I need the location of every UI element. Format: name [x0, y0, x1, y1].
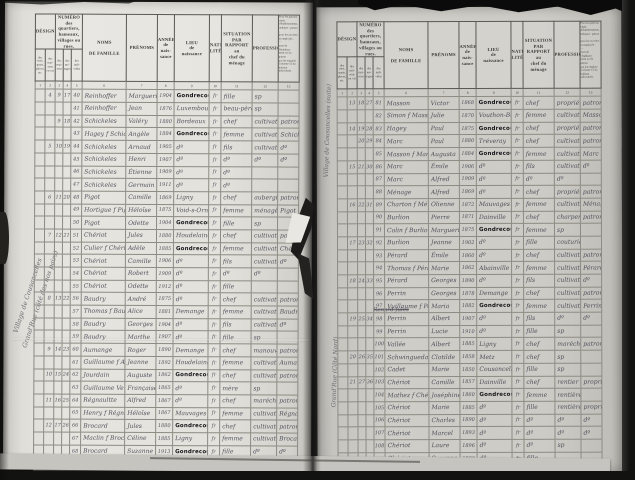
cell-designation-rue [338, 364, 348, 377]
cell-nom: Hagey f Schickeles [82, 128, 126, 141]
cell-nationalite: fr [512, 351, 524, 364]
table-row: 10 15 24 62 Jourdain Auguste 1862 Gondre… [34, 368, 298, 382]
cell-profession: maréchal [251, 395, 277, 408]
cell-lieu: Cousancelles [477, 363, 512, 376]
cell-designation-rue [338, 275, 348, 288]
table-row: 110 Chériot Georgette 1908 dº fr dº [338, 464, 602, 477]
cell-num-menage [366, 249, 374, 262]
table-row: 97 Vuillaume f Perrin Maria 1882 Gondrec… [338, 300, 602, 313]
column-number: 8 [459, 89, 476, 97]
cell-nationalite: fr [512, 325, 524, 338]
cell-prenom: Héloïse [126, 204, 157, 217]
cell-nationalite: fr [209, 90, 221, 103]
cell-position [580, 223, 601, 236]
cell-lieu: Dainville [476, 211, 511, 224]
cell-lieu: dº [173, 331, 208, 344]
cell-nom: Régnaultte [81, 394, 125, 407]
cell-designation-maison: 13 [347, 97, 357, 110]
cell-num-menage [365, 148, 373, 161]
cell-designation-rue [34, 330, 44, 343]
cell-situation: chef [524, 350, 555, 363]
cell-position [278, 179, 299, 192]
cell-position [581, 464, 602, 477]
header-noms: NOMS DE FAMILLE [82, 14, 126, 82]
column-number: 11 [523, 89, 554, 97]
cell-designation-rue [34, 394, 44, 407]
cell-lieu: dº [174, 166, 209, 179]
cell-annee: 1868 [459, 97, 476, 110]
cell-nationalite: fr [511, 224, 523, 237]
cell-situation: dº [524, 465, 555, 478]
cell-designation-maison: 17 [347, 237, 357, 250]
cell-profession: dº [251, 446, 277, 459]
cell-num-menage: 36 [366, 376, 374, 389]
cell-num-individu: 102 [374, 364, 385, 377]
cell-nationalite: fr [512, 236, 524, 249]
header-numero-maisons: des mai- sons [55, 49, 63, 81]
table-row: 6 11 20 48 Pigot Camille 1869 Ligny fr c… [35, 191, 299, 205]
cell-num-menage [365, 224, 373, 237]
cell-num-individu: 101 [374, 351, 385, 364]
cell-profession: cultivateur [251, 319, 277, 332]
header-numero-maisons: des mai- sons [357, 57, 365, 89]
cell-nom: Chériot [81, 267, 125, 280]
cell-lieu: dº [173, 394, 208, 407]
cell-num-menage [63, 102, 71, 115]
cell-profession: cultivatrice [251, 243, 277, 256]
cell-num-menage [62, 432, 70, 445]
cell-lieu: Luxembourg [174, 103, 209, 116]
cell-lieu: Ligny [477, 338, 512, 351]
column-number: 4 [63, 81, 71, 89]
cell-num-menage: 27 [365, 97, 373, 110]
cell-position: dº [277, 255, 298, 268]
cell-num-menage [63, 204, 71, 217]
table-row: 16 22 31 89 Charton f Ménage Olienne 187… [337, 198, 601, 211]
cell-designation-maison [45, 178, 55, 191]
cell-profession: dº [252, 154, 278, 167]
cell-annee: 1890 [156, 344, 173, 357]
cell-num-menage [63, 216, 71, 229]
cell-annee: 1909 [157, 166, 174, 179]
cell-lieu: dº [477, 274, 512, 287]
cell-profession [252, 179, 278, 192]
cell-designation-maison [347, 224, 357, 237]
cell-num-individu: 99 [374, 326, 385, 339]
cell-designation-maison: 16 [347, 199, 357, 212]
cell-profession: cultivateur [252, 116, 278, 129]
cell-position: dº [581, 414, 602, 427]
cell-num-menage [62, 407, 70, 420]
cell-nom: Chériot [82, 229, 126, 242]
cell-designation-rue [34, 280, 44, 293]
cell-annee: 1905 [157, 141, 174, 154]
cell-lieu: Houdelaincourt [174, 230, 209, 243]
cell-designation-rue [35, 127, 45, 140]
cell-num-menage [366, 300, 374, 313]
cell-prenom: Georges [429, 275, 460, 288]
cell-position: dº [581, 274, 602, 287]
cell-num-menage [61, 457, 69, 470]
cell-nom: Perrin [385, 313, 429, 326]
cell-lieu: Gondrecourt [174, 90, 209, 103]
table-row: 18 24 33 95 Pérard Georges 1890 dº fr fi… [338, 274, 602, 287]
cell-situation: chef [524, 376, 555, 389]
cell-situation: chef [523, 211, 554, 224]
cell-situation: dº [221, 154, 252, 167]
cell-nationalite: fr [208, 331, 220, 344]
cell-designation-rue [338, 300, 348, 313]
cell-profession: cultivateur [252, 230, 278, 243]
cell-designation-rue [34, 254, 44, 267]
column-number: 5 [373, 89, 384, 97]
cell-nom: Schickeles [82, 178, 126, 191]
cell-designation-maison [348, 389, 358, 402]
table-row: 41 Reinhoffer Jean 1876 Luxembourg fr be… [35, 102, 299, 116]
cell-nom: Chériot [385, 376, 429, 389]
table-row [33, 457, 297, 471]
cell-prenom: Suzanne [429, 452, 460, 465]
cell-prenom: Camille [429, 376, 460, 389]
cell-nom: Aumange [81, 343, 125, 356]
column-number: 11 [221, 82, 252, 90]
cell-lieu: Gondrecourt [174, 128, 209, 141]
cell-num-maison [358, 364, 366, 377]
cell-profession: cultivatrice [251, 357, 277, 370]
cell-profession: sp [252, 90, 278, 103]
cell-num-individu: 100 [374, 338, 385, 351]
column-number: 6 [82, 82, 126, 90]
cell-situation: femme [220, 407, 251, 420]
cell-nom: Masson f Marc [384, 148, 428, 161]
cell-prenom: Marguerite [126, 90, 157, 103]
cell-situation: chef [220, 344, 251, 357]
cell-situation: femme [524, 300, 555, 313]
cell-num-maison [358, 249, 366, 262]
cell-nom: Schickeles [82, 140, 126, 153]
cell-num-maison [54, 331, 62, 344]
cell-designation-maison [45, 216, 55, 229]
table-row: 96 Perrin Georges 1878 Demange fr chef c… [338, 287, 602, 300]
cell-nom: Schwinguedauve f Robert [385, 351, 429, 364]
cell-num-menage [63, 153, 71, 166]
cell-nom: Chériot [81, 280, 125, 293]
cell-nationalite: fr [512, 465, 524, 478]
column-number: 2 [45, 81, 55, 89]
cell-prenom: Marie [429, 401, 460, 414]
cell-num-maison [357, 173, 365, 186]
cell-nom: Baudry [81, 331, 125, 344]
cell-num-individu: 92 [374, 237, 385, 250]
table-row: 19 25 34 98 Perrin Albert 1907 dº fr fil… [338, 312, 602, 325]
cell-designation-rue [34, 445, 44, 458]
cell-lieu: Abainville [477, 262, 512, 275]
cell-num-maison: 24 [358, 275, 366, 288]
cell-situation: chef [523, 122, 554, 135]
table-row: 20 29 84 Marc Paul 1880 Tréveray fr chef… [337, 135, 601, 148]
cell-annee: 1876 [157, 103, 174, 116]
cell-designation-rue [337, 135, 347, 148]
cell-designation-maison [348, 414, 358, 427]
cell-position: patron [580, 211, 601, 224]
cell-num-maison [54, 318, 62, 331]
cell-designation-maison: 7 [44, 229, 54, 242]
cell-annee: 1907 [460, 313, 477, 326]
cell-num-menage [63, 178, 71, 191]
cell-profession: sp [554, 223, 580, 236]
table-row: 59 Baudry Marthe 1907 dº fr fille sp [34, 330, 298, 344]
cell-prenom: Charles [429, 414, 460, 427]
cell-prenom: Robert [125, 267, 156, 280]
cell-situation: femme [220, 242, 251, 255]
cell-annee: 1870 [459, 110, 476, 123]
cell-profession: cultivatrice [554, 147, 580, 160]
cell-nom: Pérard [385, 275, 429, 288]
cell-num-individu: 91 [373, 224, 384, 237]
cell-situation: fille [524, 363, 555, 376]
cell-lieu: Ligny [174, 191, 209, 204]
cell-nom: Thomas f Baudry [81, 305, 125, 318]
cell-annee: 1875 [157, 204, 174, 217]
cell-num-individu: 55 [70, 280, 81, 293]
cell-nationalite: fr [208, 242, 220, 255]
cell-nom: Maclin f Brocard [81, 432, 125, 445]
cell-lieu: Mauvages [173, 407, 208, 420]
cell-prenom: Alfred [428, 186, 459, 199]
table-row: 90 Burlion Pierre 1871 Dainville fr chef… [337, 211, 601, 224]
cell-profession: dº [554, 173, 580, 186]
cell-num-individu: 96 [374, 287, 385, 300]
cell-num-menage [62, 318, 70, 331]
cell-designation-maison [45, 127, 55, 140]
header-designation-sub1: des rues, quais, places, etc. [337, 57, 347, 89]
header-designation-sub1: des rues, quais, places, etc. [35, 49, 45, 81]
cell-designation-maison: 18 [348, 275, 358, 288]
cell-num-individu: 90 [373, 211, 384, 224]
header-observations: Pour les patrons, chefs d'établissements… [278, 15, 299, 82]
header-situation: SITUATION PAR RAPPORT au chef du ménage [221, 15, 252, 83]
cell-designation-rue [337, 173, 347, 186]
cell-situation: femme [524, 262, 555, 275]
cell-num-menage [366, 414, 374, 427]
cell-num-individu: 87 [373, 173, 384, 186]
cell-num-maison [358, 338, 366, 351]
table-row: 94 Thomas f Pérard Marie 1862 Abainville… [338, 261, 602, 274]
cell-num-menage [365, 211, 373, 224]
cell-situation: fils [220, 255, 251, 268]
cell-lieu: dº [477, 452, 512, 465]
cell-num-menage: 20 [63, 191, 71, 204]
cell-situation: beau-père [221, 103, 252, 116]
cell-nom: Thomas f Pérard [385, 262, 429, 275]
cell-position [580, 173, 601, 186]
cell-num-menage: 26 [62, 419, 70, 432]
cell-num-maison: 27 [358, 376, 366, 389]
cell-nom: Reinhoffer [82, 90, 126, 103]
cell-designation-rue [35, 178, 45, 191]
cell-designation-rue [338, 376, 348, 389]
cell-prenom: Adèle [125, 242, 156, 255]
cell-designation-rue [35, 140, 45, 153]
cell-designation-rue [35, 153, 45, 166]
table-row: 88 Ménage Alfred 1869 dº fr chef proprié… [337, 185, 601, 198]
cell-designation-maison [44, 407, 54, 420]
cell-designation-rue [338, 313, 348, 326]
table-row: 50 Pigot Odette 1904 Gondrecourt fr fill… [35, 216, 299, 230]
cell-situation: fille [524, 452, 555, 465]
cell-annee: 1910 [460, 325, 477, 338]
cell-situation: fils [221, 141, 252, 154]
table-header: DÉSIGNATION NUMÉRO des quartiers, hameau… [35, 14, 299, 91]
cell-num-maison: 10 [55, 140, 63, 153]
cell-num-individu: 54 [70, 267, 81, 280]
cell-profession: sp [251, 331, 277, 344]
header-profession: PROFESSION [252, 15, 278, 83]
cell-lieu: dº [477, 427, 512, 440]
cell-num-maison [357, 148, 365, 161]
cell-num-individu: 52 [70, 242, 81, 255]
cell-num-individu: 65 [70, 407, 81, 420]
cell-num-individu: 107 [374, 427, 385, 440]
table-row: 49 Hortigue f Pigot Héloïse 1875 Void-s-… [35, 204, 299, 218]
cell-num-individu: 41 [71, 102, 82, 115]
cell-position [277, 382, 298, 395]
cell-num-individu: 48 [71, 191, 82, 204]
column-number: 4 [365, 89, 373, 97]
cell-profession: sp [555, 350, 581, 363]
cell-annee: 1909 [459, 173, 476, 186]
cell-situation [220, 458, 251, 471]
cell-nationalite: fr [511, 109, 523, 122]
cell-nom: Schickeles [82, 153, 126, 166]
cell-num-maison: 11 [55, 191, 63, 204]
cell-designation-rue [338, 262, 348, 275]
cell-position [581, 388, 602, 401]
cell-designation-rue [34, 381, 44, 394]
cell-nationalite: fr [209, 141, 221, 154]
cell-position [581, 363, 602, 376]
cell-num-maison [358, 326, 366, 339]
cell-num-maison [54, 445, 62, 458]
cell-nationalite: fr [511, 173, 523, 186]
cell-num-individu: 64 [70, 394, 81, 407]
cell-num-maison [54, 305, 62, 318]
table-row: 102 Cadet Marie 1850 Cousancelles fr fil… [338, 363, 602, 376]
cell-situation: fille [524, 401, 555, 414]
cell-profession: sp [251, 382, 277, 395]
cell-num-menage [366, 440, 374, 453]
cell-situation: femme [220, 306, 251, 319]
cell-num-maison [55, 166, 63, 179]
table-row: 106 Chériot Charles 1890 dº fr dº dº dº [338, 414, 602, 427]
cell-num-menage [366, 364, 374, 377]
cell-prenom: Angèle [126, 128, 157, 141]
cell-prenom: Émile [429, 249, 460, 262]
cell-designation-maison [45, 153, 55, 166]
cell-annee: 1875 [156, 293, 173, 306]
cell-designation-maison [347, 186, 357, 199]
cell-profession: propriétaire [554, 185, 580, 198]
cell-annee: 1862 [460, 262, 477, 275]
cell-profession: cultivateur [251, 369, 277, 382]
cell-lieu: dº [476, 173, 511, 186]
cell-num-menage [366, 465, 374, 478]
table-row: 58 Baudry Georges 1904 dº fr fils cultiv… [34, 318, 298, 332]
cell-profession: rentière [555, 388, 581, 401]
cell-num-maison [357, 186, 365, 199]
cell-num-individu: 58 [70, 318, 81, 331]
cell-annee: 1906 [459, 160, 476, 173]
cell-profession: maréchal [555, 338, 581, 351]
cell-num-maison [53, 457, 61, 470]
cell-designation-maison [348, 427, 358, 440]
cell-nom: Marc [384, 173, 428, 186]
cell-num-menage: 25 [62, 394, 70, 407]
cell-num-maison [55, 128, 63, 141]
cell-nom: Vuillaume f Perrin [385, 300, 429, 313]
cell-num-maison [55, 204, 63, 217]
cell-nationalite: fr [208, 382, 220, 395]
cell-prenom: Germain [126, 179, 157, 192]
cell-num-maison [55, 153, 63, 166]
cell-annee: 1880 [157, 115, 174, 128]
cell-designation-maison [44, 330, 54, 343]
cell-position: patron [278, 192, 299, 205]
cell-lieu: Void-s-Ornain [174, 204, 209, 217]
cell-num-individu: 83 [373, 123, 384, 136]
cell-designation-maison [45, 115, 55, 128]
cell-situation: chef [220, 369, 251, 382]
cell-situation: dº [220, 268, 251, 281]
cell-position: patron [277, 420, 298, 433]
cell-designation-maison: 4 [45, 89, 55, 102]
cell-position [278, 103, 299, 116]
cell-lieu: Gondrecourt [476, 224, 511, 237]
cell-position: Pigot Camille [278, 205, 299, 218]
cell-prenom: Julie [428, 110, 459, 123]
cell-profession: cultivateur [251, 420, 277, 433]
cell-num-maison: 16 [54, 394, 62, 407]
cell-prenom: Georgette [429, 465, 460, 478]
cell-prenom: Jeanne [429, 236, 460, 249]
table-row: 8 13 22 56 Baudry André 1875 dº fr chef … [34, 292, 298, 306]
cell-num-menage: 18 [63, 115, 71, 128]
table-row: 14 19 28 83 Hagey Paul 1875 Gondrecourt … [337, 122, 601, 135]
cell-situation: fille [220, 280, 251, 293]
cell-prenom: Olienne [428, 198, 459, 211]
cell-designation-rue [34, 242, 44, 255]
cell-position [278, 217, 299, 230]
cell-profession: couturière [555, 236, 581, 249]
cell-annee: 1892 [156, 356, 173, 369]
cell-designation-rue [35, 89, 45, 102]
cell-situation: chef [523, 135, 554, 148]
cell-num-menage [366, 338, 374, 351]
header-prenoms: PRÉNOMS [126, 14, 157, 82]
cell-num-menage [366, 262, 374, 275]
cell-prenom: Pierre [428, 211, 459, 224]
cell-nationalite: fr [208, 445, 220, 458]
cell-annee: 1858 [460, 351, 477, 364]
cell-nationalite: fr [512, 401, 524, 414]
cell-annee: 1880 [156, 420, 173, 433]
cell-annee: 1884 [157, 128, 174, 141]
cell-lieu: dº [173, 318, 208, 331]
header-observations: Pour les patrons, chefs d'établissements… [580, 21, 601, 88]
header-prenoms: PRÉNOMS [428, 22, 459, 89]
cell-nationalite: fr [208, 369, 220, 382]
cell-designation-maison [348, 465, 358, 478]
